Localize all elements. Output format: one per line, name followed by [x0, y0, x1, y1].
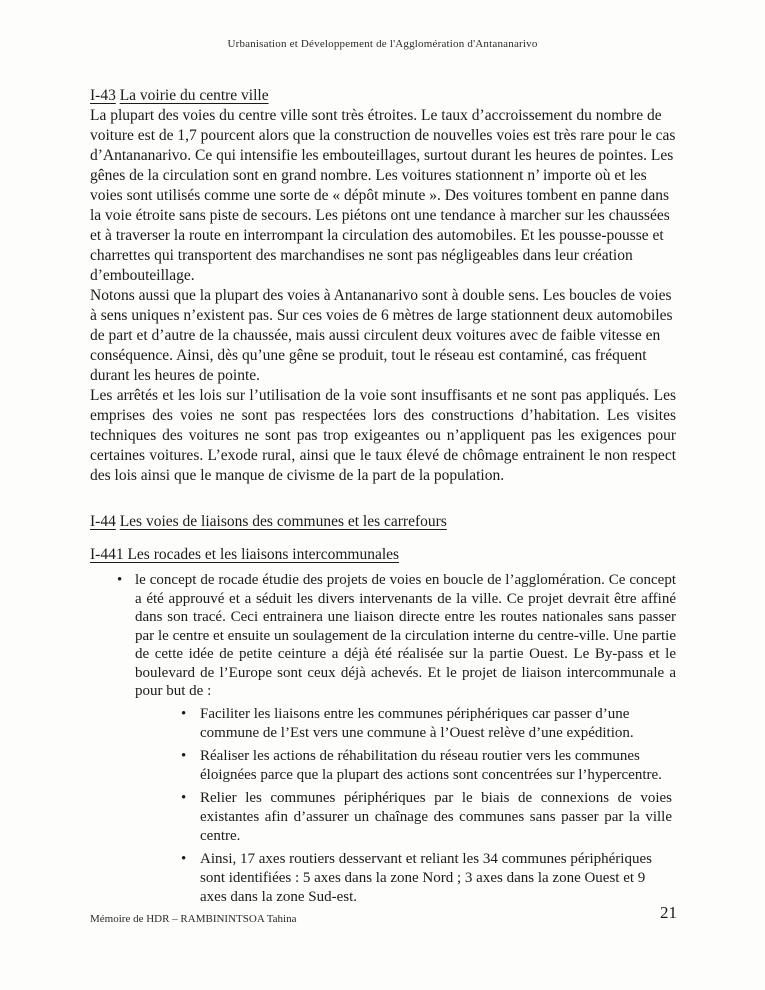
list-item-realiser: • Réaliser les actions de réhabilitation…: [90, 747, 676, 785]
section-i43-title: La voirie du centre ville: [120, 87, 269, 104]
list-item-faciliter: • Faciliter les liaisons entre les commu…: [90, 705, 676, 743]
running-header: Urbanisation et Développement de l'Agglo…: [0, 38, 765, 50]
list-item-text: Faciliter les liaisons entre les commune…: [200, 705, 672, 743]
list-item-text: Relier les communes périphériques par le…: [200, 789, 672, 846]
sub-bullet-list: • Faciliter les liaisons entre les commu…: [90, 705, 676, 907]
section-heading-i441: I-441 Les rocades et les liaisons interc…: [90, 545, 676, 565]
section-i441-title: I-441 Les rocades et les liaisons interc…: [90, 546, 399, 563]
list-item-relier: • Relier les communes périphériques par …: [90, 789, 676, 846]
list-item-text: le concept de rocade étudie des projets …: [135, 571, 676, 701]
section-heading-i44: I-44 Les voies de liaisons des communes …: [90, 512, 676, 532]
bullet-icon: •: [181, 789, 200, 846]
bullet-icon: •: [117, 571, 135, 701]
page-number: 21: [660, 903, 677, 923]
section-i43-number: I-43: [90, 87, 116, 104]
section-heading-i43: I-43 La voirie du centre ville: [90, 86, 676, 106]
paragraph-voirie-1: La plupart des voies du centre ville son…: [90, 106, 676, 286]
bullet-icon: •: [181, 850, 200, 907]
paragraph-voirie-3: Les arrêtés et les lois sur l’utilisatio…: [90, 386, 676, 486]
section-i44-number: I-44: [90, 513, 116, 530]
list-item-axes: • Ainsi, 17 axes routiers desservant et …: [90, 850, 676, 907]
footer-author: Mémoire de HDR – RAMBININTSOA Tahina: [90, 913, 296, 925]
paragraph-voirie-2: Notons aussi que la plupart des voies à …: [90, 286, 676, 386]
bullet-icon: •: [181, 747, 200, 785]
list-item-text: Réaliser les actions de réhabilitation d…: [200, 747, 672, 785]
list-item-text: Ainsi, 17 axes routiers desservant et re…: [200, 850, 672, 907]
section-i44-title: Les voies de liaisons des communes et le…: [120, 513, 447, 530]
document-content: I-43 La voirie du centre ville La plupar…: [90, 86, 676, 907]
document-page: Urbanisation et Développement de l'Agglo…: [0, 0, 765, 990]
bullet-icon: •: [181, 705, 200, 743]
list-item-rocade-concept: • le concept de rocade étudie des projet…: [90, 571, 676, 701]
